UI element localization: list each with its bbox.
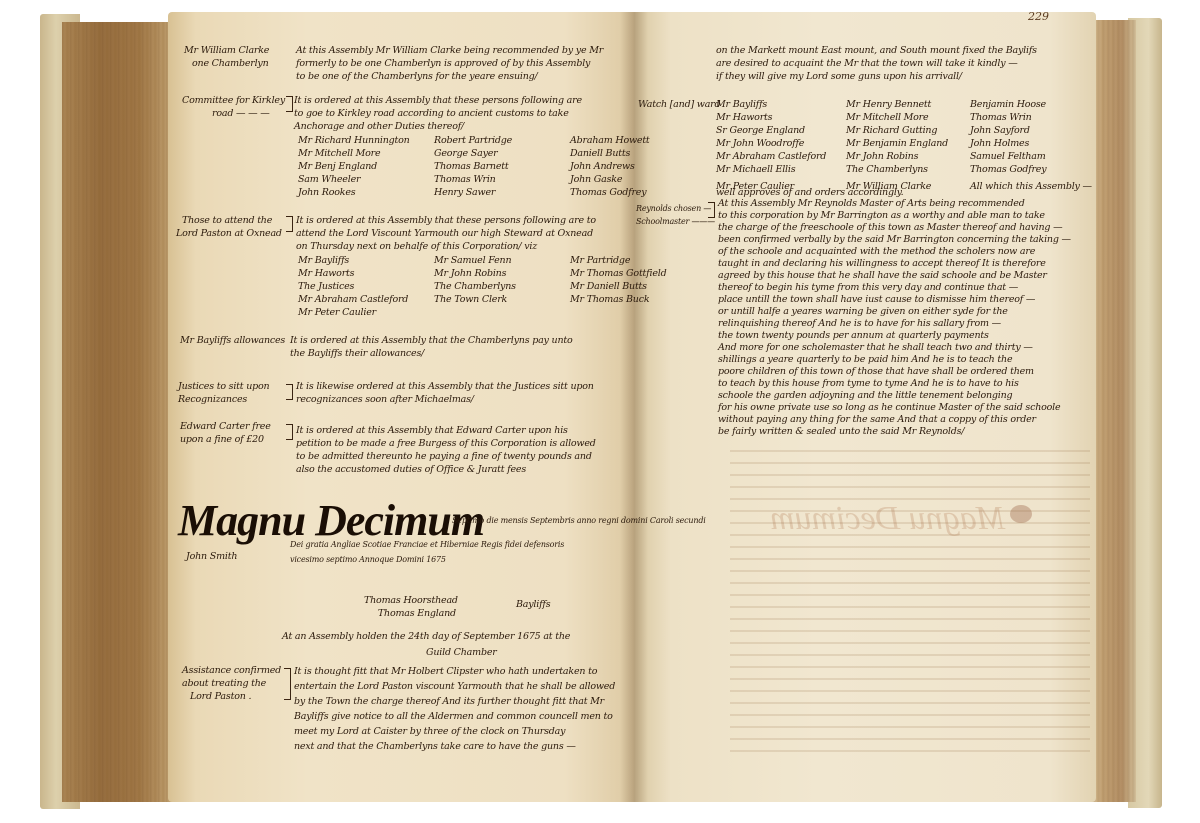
name: Mr Richard Gutting: [846, 124, 964, 137]
name: Mr Bayliffs: [298, 254, 428, 267]
text-line: relinquishing thereof And he is to have …: [718, 318, 1071, 330]
assembly-location: Guild Chamber: [426, 646, 497, 659]
entry-paston-text: It is thought fitt that Mr Holbert Clips…: [294, 664, 615, 754]
text-line: or untill halfe a yeares warning be give…: [718, 306, 1071, 318]
entry-justices-text: It is likewise ordered at this Assembly …: [296, 380, 594, 406]
name: Mr Haworts: [716, 111, 840, 124]
entry-schoolmaster-text: At this Assembly Mr Reynolds Master of A…: [718, 198, 1071, 438]
oxnead-names-list: Mr Bayliffs Mr Samuel Fenn Mr Partridge …: [298, 254, 680, 319]
name: Thomas Wrin: [434, 173, 564, 186]
name: John Andrews: [570, 160, 680, 173]
text-line: It is ordered at this Assembly that thes…: [294, 94, 582, 107]
margin-line: Recognizances: [178, 393, 278, 406]
right-opening-text: on the Markett mount East mount, and Sou…: [716, 44, 1037, 83]
ruled-lines: [730, 440, 1090, 760]
text-line: agreed by this house that he shall have …: [718, 270, 1071, 282]
text-line: on Thursday next on behalfe of this Corp…: [296, 240, 596, 253]
bracket: [286, 384, 293, 400]
margin-note-clarke: Mr William Clarke one Chamberlyn: [184, 44, 284, 70]
margin-note-paston: Assistance confirmed about treating the …: [182, 664, 282, 703]
name: Mr John Woodroffe: [716, 137, 840, 150]
text-line: are desired to acquaint the Mr that the …: [716, 57, 1037, 70]
margin-note-justices: Justices to sitt upon Recognizances: [178, 380, 278, 406]
name: Mr John Robins: [434, 267, 564, 280]
name: The Chamberlyns: [846, 163, 964, 176]
name: Mr Richard Hunnington: [298, 134, 428, 147]
name: Mr Mitchell More: [298, 147, 428, 160]
text-line: It is ordered at this Assembly that thes…: [296, 214, 596, 227]
name: Henry Sawer: [434, 186, 564, 199]
name: Mr Thomas Buck: [570, 293, 680, 306]
margin-line: Edward Carter free: [180, 420, 280, 433]
bracket: [286, 424, 293, 440]
margin-note-oxnead: Those to attend the Lord Paston at Oxnea…: [176, 214, 276, 240]
name: The Justices: [298, 280, 428, 293]
text-line: for his owne private use so long as he c…: [718, 402, 1071, 414]
name: Mr Henry Bennett: [846, 98, 964, 111]
text-line: by the Town the charge thereof And its f…: [294, 694, 615, 709]
name: Abraham Howett: [570, 134, 680, 147]
text-line: also the accustomed duties of Office & J…: [296, 463, 596, 476]
text-line: attend the Lord Viscount Yarmouth our hi…: [296, 227, 596, 240]
name: John Gaske: [570, 173, 680, 186]
name: Thomas Godfrey: [570, 186, 680, 199]
name: Daniell Butts: [570, 147, 680, 160]
gutter-shadow: [620, 12, 648, 802]
text-line: It is ordered at this Assembly that Edwa…: [296, 424, 596, 437]
name: Thomas Barnett: [434, 160, 564, 173]
bracket: [286, 96, 293, 112]
text-line: taught in and declaring his willingness …: [718, 258, 1071, 270]
text-line: poore children of this town of those tha…: [718, 366, 1071, 378]
text-line: At this Assembly Mr Reynolds Master of A…: [718, 198, 1071, 210]
name: Mr Benj England: [298, 160, 428, 173]
name: Mr Benjamin England: [846, 137, 964, 150]
text-line: place untill the town shall have iust ca…: [718, 294, 1071, 306]
text-line: At this Assembly Mr William Clarke being…: [296, 44, 603, 57]
entry-allowances-text: It is ordered at this Assembly that the …: [290, 334, 573, 360]
text-line: on the Markett mount East mount, and Sou…: [716, 44, 1037, 57]
name: Mr Mitchell More: [846, 111, 964, 124]
margin-line: Justices to sitt upon: [178, 380, 278, 393]
text-line: to goe to Kirkley road according to anci…: [294, 107, 582, 120]
text-line: Bayliffs give notice to all the Aldermen…: [294, 709, 615, 724]
text-line: the charge of the freeschoole of this to…: [718, 222, 1071, 234]
watch-names-list: Mr Bayliffs Mr Henry Bennett Benjamin Ho…: [716, 98, 1090, 193]
text-line: shillings a yeare quarterly to be paid h…: [718, 354, 1071, 366]
name: Sr George England: [716, 124, 840, 137]
name: Mr Samuel Fenn: [434, 254, 564, 267]
margin-line: Lord Paston at Oxnead: [176, 227, 276, 240]
text-line: to this corporation by Mr Barrington as …: [718, 210, 1071, 222]
entry-oxnead-text: It is ordered at this Assembly that thes…: [296, 214, 596, 253]
text-line: to be one of the Chamberlyns for the yea…: [296, 70, 603, 83]
entry-carter-text: It is ordered at this Assembly that Edwa…: [296, 424, 596, 476]
bracket: [708, 202, 715, 218]
name: Mr Michaell Ellis: [716, 163, 840, 176]
heading-latin-text: Septimo die mensis Septembris anno regni…: [452, 514, 706, 527]
margin-line: Those to attend the: [176, 214, 276, 227]
text-line: without paying any thing for the same An…: [718, 414, 1071, 426]
text-line: the Bayliffs their allowances/: [290, 347, 573, 360]
name: Mr Partridge: [570, 254, 680, 267]
text-line: thereof to begin his tyme from this very…: [718, 282, 1071, 294]
entry-kirkley-text: It is ordered at this Assembly that thes…: [294, 94, 582, 133]
name: Mr John Robins: [846, 150, 964, 163]
text-line: schoole the garden adjoyning and the lit…: [718, 390, 1071, 402]
open-manuscript-book: Magnu Decimum Mr William Clarke one Cham…: [0, 0, 1200, 823]
margin-line: road — — —: [182, 107, 282, 120]
bailiffs-label: Bayliffs: [516, 598, 550, 611]
text-line: Dei gratia Angliae Scotiae Franciae et H…: [290, 537, 564, 552]
name: Thomas Wrin: [970, 111, 1090, 124]
text-line: to teach by this house from tyme to tyme…: [718, 378, 1071, 390]
entry-clarke-text: At this Assembly Mr William Clarke being…: [296, 44, 603, 83]
text-line: formerly to be one Chamberlyn is approve…: [296, 57, 603, 70]
text-line: meet my Lord at Caister by three of the …: [294, 724, 615, 739]
margin-line: Lord Paston .: [182, 690, 282, 703]
name: George Sayer: [434, 147, 564, 160]
text-line: entertain the Lord Paston viscount Yarmo…: [294, 679, 615, 694]
margin-note-allowances: Mr Bayliffs allowances: [180, 334, 280, 347]
text-line: Septimo die mensis Septembris anno regni…: [452, 514, 706, 527]
margin-line: one Chamberlyn: [184, 57, 284, 70]
heading-side-note: John Smith: [186, 550, 237, 563]
bracket: [284, 668, 291, 700]
text-line: be fairly written & sealed unto the said…: [718, 426, 1071, 438]
text-line: It is likewise ordered at this Assembly …: [296, 380, 594, 393]
bracket: [286, 216, 293, 232]
name: Sam Wheeler: [298, 173, 428, 186]
margin-line: Mr Bayliffs allowances: [180, 334, 280, 347]
text-line: And more for one scholemaster that he sh…: [718, 342, 1071, 354]
text-line: petition to be made a free Burgess of th…: [296, 437, 596, 450]
bailiff-name: Thomas England: [364, 607, 458, 620]
name: Thomas Godfrey: [970, 163, 1090, 176]
text-line: It is thought fitt that Mr Holbert Clips…: [294, 664, 615, 679]
margin-line: Mr William Clarke: [184, 44, 284, 57]
text-line: been confirmed verbally by the said Mr B…: [718, 234, 1071, 246]
margin-note-watch: Watch [and] ward: [638, 98, 720, 111]
margin-line: upon a fine of £20: [180, 433, 280, 446]
text-line: if they will give my Lord some guns upon…: [716, 70, 1037, 83]
name: The Town Clerk: [434, 293, 564, 306]
name: Mr Abraham Castleford: [298, 293, 428, 306]
name: Benjamin Hoose: [970, 98, 1090, 111]
name: Mr Daniell Butts: [570, 280, 680, 293]
name: Samuel Feltham: [970, 150, 1090, 163]
text-line: recognizances soon after Michaelmas/: [296, 393, 594, 406]
page-number: 229: [1028, 10, 1049, 23]
text-line: of the schoole and acquainted with the m…: [718, 246, 1071, 258]
assembly-date-line: At an Assembly holden the 24th day of Se…: [282, 630, 570, 643]
text-line: the town twenty pounds per annum at quar…: [718, 330, 1071, 342]
name: Mr Bayliffs: [716, 98, 840, 111]
margin-line: Committee for Kirkley: [182, 94, 282, 107]
margin-note-carter: Edward Carter free upon a fine of £20: [180, 420, 280, 446]
name: John Holmes: [970, 137, 1090, 150]
text-line: vicesimo septimo Annoque Domini 1675: [290, 552, 564, 567]
margin-line: Assistance confirmed: [182, 664, 282, 677]
heading-latin-text-cont: Dei gratia Angliae Scotiae Franciae et H…: [290, 537, 564, 567]
name: The Chamberlyns: [434, 280, 564, 293]
name: Mr Haworts: [298, 267, 428, 280]
bailiff-name: Thomas Hoorsthead: [364, 594, 458, 607]
name: Mr Thomas Gottfield: [570, 267, 680, 280]
name: Robert Partridge: [434, 134, 564, 147]
text-line: Anchorage and other Duties thereof/: [294, 120, 582, 133]
name: Mr Abraham Castleford: [716, 150, 840, 163]
name: John Sayford: [970, 124, 1090, 137]
text-line: It is ordered at this Assembly that the …: [290, 334, 573, 347]
margin-note-kirkley: Committee for Kirkley road — — —: [182, 94, 282, 120]
text-line: to be admitted thereunto he paying a fin…: [296, 450, 596, 463]
text-line: next and that the Chamberlyns take care …: [294, 739, 615, 754]
name: John Rookes: [298, 186, 428, 199]
page-block-edge-left: [62, 22, 172, 802]
kirkley-names-list: Mr Richard Hunnington Robert Partridge A…: [298, 134, 680, 199]
name: Mr Peter Caulier: [298, 306, 428, 319]
bailiffs-names: Thomas Hoorsthead Thomas England: [364, 594, 458, 620]
margin-line: about treating the: [182, 677, 282, 690]
name: All which this Assembly —: [970, 176, 1090, 193]
